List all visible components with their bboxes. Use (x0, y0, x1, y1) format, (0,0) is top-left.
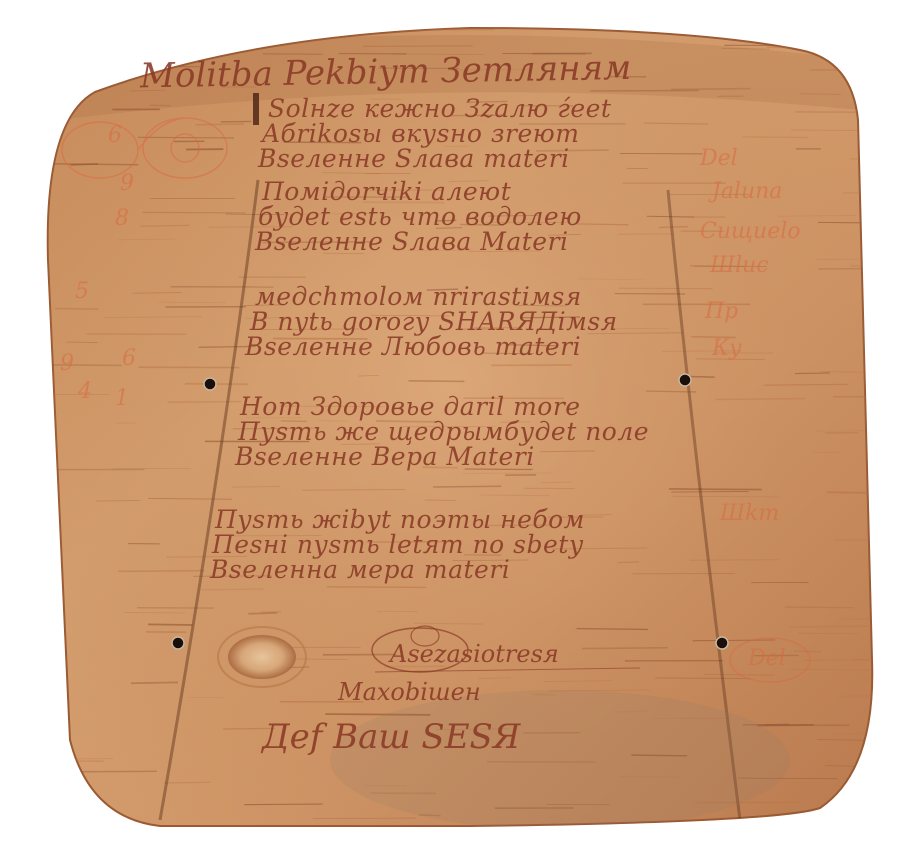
ink-mark (253, 93, 259, 125)
signature-line-3: Дef Bаш SESЯ (260, 717, 521, 757)
hole-icon (172, 637, 184, 649)
poem-line: Bseленне Sлава Materi (254, 227, 569, 256)
margin-mark: 6 (122, 346, 136, 371)
hole-icon (716, 637, 728, 649)
signature-line-2: Махоbiшен (337, 678, 481, 706)
board-photo: 69856941 DelJalunaСuщиеloШlисПрКуШkтDel … (0, 0, 900, 853)
margin-mark: 4 (77, 379, 92, 404)
margin-mark: 8 (115, 206, 129, 231)
margin-mark: Del (699, 146, 738, 171)
poem-line: Bseленне Любовь materi (244, 332, 581, 361)
margin-mark: Del (747, 646, 786, 671)
margin-mark: Шkт (719, 501, 779, 526)
margin-mark: 9 (60, 351, 74, 376)
hole-icon (204, 378, 216, 390)
poem-line: Bseленне Sлава materi (257, 144, 570, 173)
margin-mark: 1 (115, 386, 129, 411)
signature-name: Asezasiotresя (388, 640, 559, 668)
wood-knot (218, 627, 306, 687)
poem-line: Bseленне Bера Materi (234, 442, 535, 471)
poem-line: Bseленна мера materi (209, 555, 510, 584)
margin-mark: Сuщиеlo (700, 219, 801, 244)
margin-mark: Ку (711, 336, 742, 361)
margin-mark: Пр (704, 299, 738, 324)
margin-mark: Шlис (709, 253, 769, 278)
hole-icon (679, 374, 691, 386)
margin-mark: Jaluna (708, 179, 782, 204)
margin-mark: 9 (120, 171, 134, 196)
margin-mark: 5 (75, 279, 89, 304)
